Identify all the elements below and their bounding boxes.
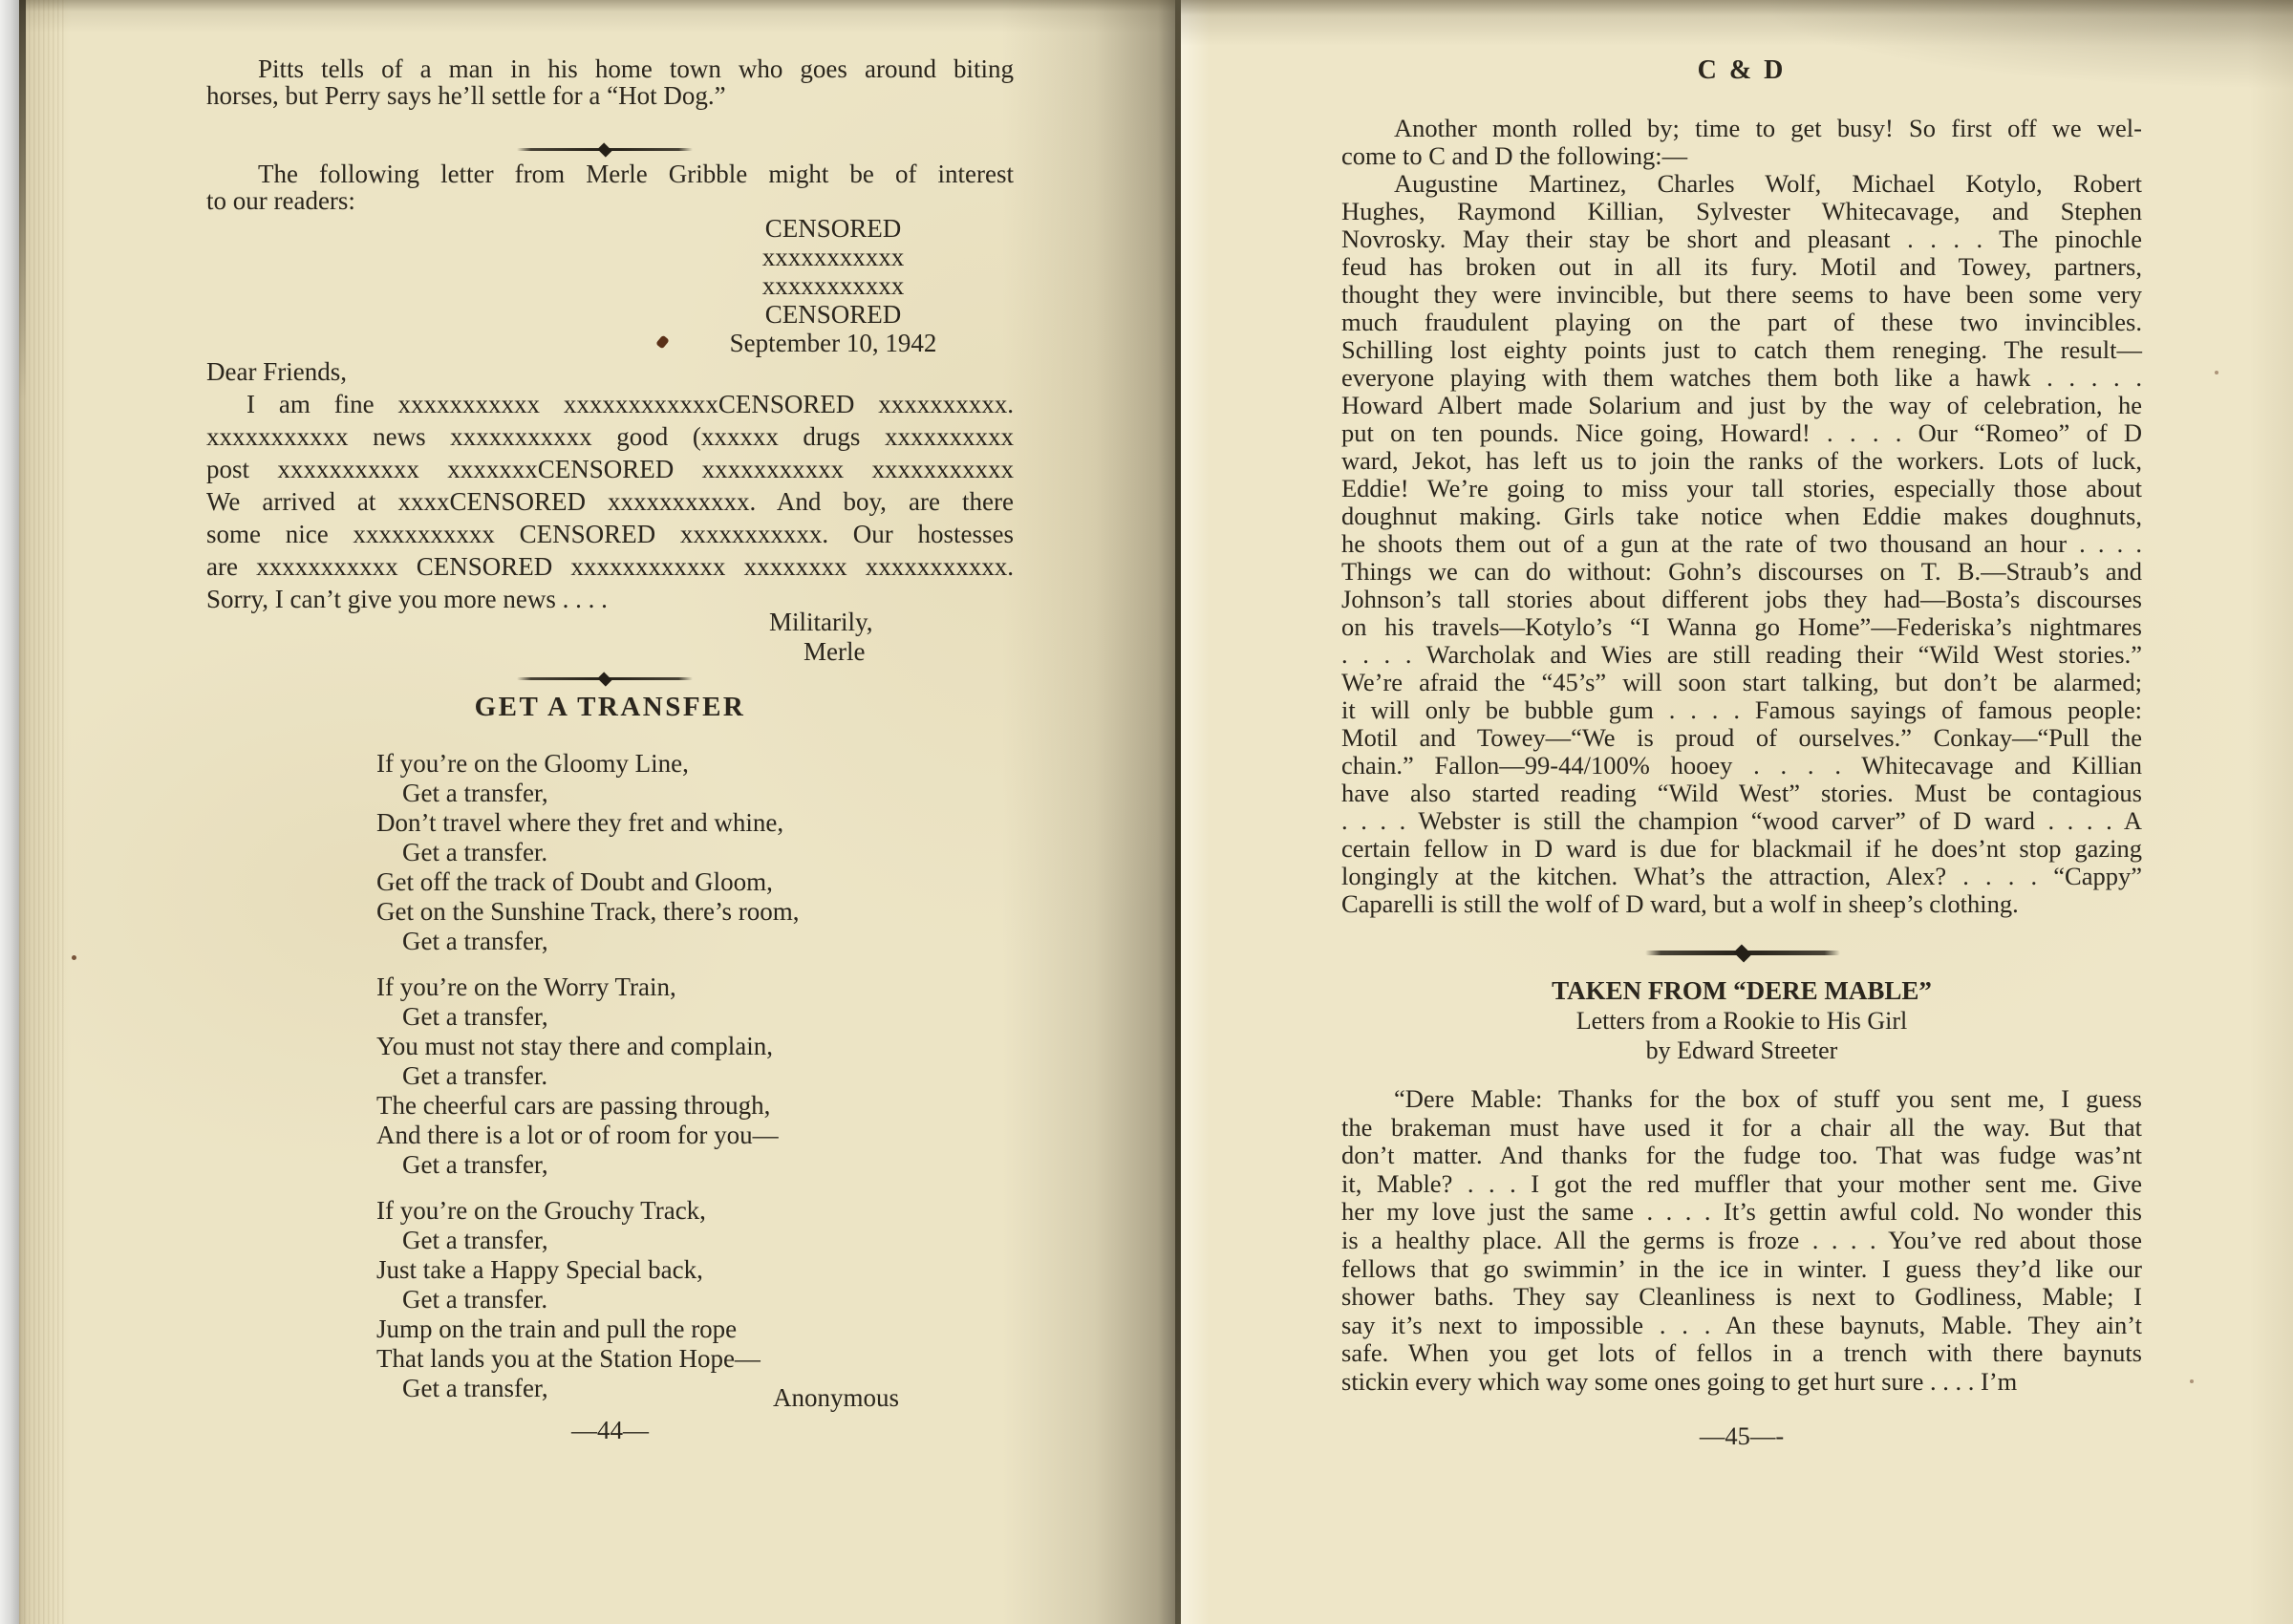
section-line: “Dere Mable: Thanks for the box of stuff… — [1341, 1085, 2142, 1114]
body-line: . . . . Webster is still the champion “w… — [1341, 807, 2142, 835]
poem-line: Get a transfer, — [376, 1226, 1026, 1255]
body-line: Johnson’s tall stories about different j… — [1341, 586, 2142, 613]
page-number-45: —45—- — [1341, 1421, 2142, 1451]
body-line: doughnut making. Girls take notice when … — [1341, 502, 2142, 530]
section-byline: by Edward Streeter — [1341, 1036, 2142, 1065]
poem-line: Get a transfer. — [376, 1061, 1026, 1091]
poem-title: GET A TRANSFER — [206, 692, 1014, 723]
body-line: Eddie! We’re going to miss your tall sto… — [1341, 475, 2142, 502]
poem-line: If you’re on the Grouchy Track, — [376, 1196, 1026, 1226]
ink-speck — [2215, 371, 2218, 374]
body-line: Augustine Martinez, Charles Wolf, Michae… — [1341, 170, 2142, 198]
section-divider — [517, 145, 693, 154]
letter-line: I am fine xxxxxxxxxxx xxxxxxxxxxxxCENSOR… — [206, 388, 1014, 420]
address-line: xxxxxxxxxxx — [594, 271, 1072, 300]
section-divider — [517, 674, 693, 683]
body-line: chain.” Fallon—99-44/100% hooey . . . . … — [1341, 752, 2142, 780]
body-line: he shoots them out of a gun at the rate … — [1341, 530, 2142, 558]
body-line: come to C and D the following:— — [1341, 142, 2142, 170]
body-line: everyone playing with them watches them … — [1341, 364, 2142, 392]
news-column-body: Another month rolled by; time to get bus… — [1341, 115, 2142, 918]
poem-line: That lands you at the Station Hope— — [376, 1344, 1026, 1374]
body-line: Novrosky. May their stay be short and pl… — [1341, 225, 2142, 253]
letter-line: Sorry, I can’t give you more news . . . … — [206, 583, 1014, 615]
poem-line: If you’re on the Worry Train, — [376, 972, 1026, 1002]
scanned-book-spread: { "palette": { "paper_left": "#ece4c5", … — [0, 0, 2293, 1624]
body-line: put on ten pounds. Nice going, Howard! .… — [1341, 419, 2142, 447]
body-line: feud has broken out in all its fury. Mot… — [1341, 253, 2142, 281]
body-line: Hughes, Raymond Killian, Sylvester White… — [1341, 198, 2142, 225]
section-line: shower baths. They say Cleanliness is ne… — [1341, 1283, 2142, 1312]
address-line: xxxxxxxxxxx — [594, 243, 1072, 271]
poem-stanza-1: If you’re on the Gloomy Line,Get a trans… — [376, 749, 1026, 956]
body-line: certain fellow in D ward is due for blac… — [1341, 835, 2142, 863]
poem-line: Get a transfer, — [376, 1150, 1026, 1180]
body-line: it will only be bubble gum . . . . Famou… — [1341, 696, 2142, 724]
body-line: thought they were invincible, but there … — [1341, 281, 2142, 309]
poem-line: The cheerful cars are passing through, — [376, 1091, 1026, 1121]
poem-line: Don’t travel where they fret and whine, — [376, 808, 1026, 838]
censored-address-block: CENSOREDxxxxxxxxxxxxxxxxxxxxxxCENSOREDSe… — [594, 214, 1072, 357]
body-line: longingly at the kitchen. What’s the att… — [1341, 863, 2142, 890]
ink-speck — [72, 955, 76, 960]
page-header-title: C & D — [1341, 55, 2142, 86]
page-left-44: Pitts tells of a man in his home town wh… — [19, 0, 1175, 1624]
body-line: Howard Albert made Solarium and just by … — [1341, 392, 2142, 419]
poem-line: Get on the Sunshine Track, there’s room, — [376, 897, 1026, 927]
signature-line: Militarily, — [769, 608, 873, 637]
poem-line: And there is a lot or of room for you— — [376, 1121, 1026, 1150]
intro-paragraph: Pitts tells of a man in his home town wh… — [206, 55, 1014, 109]
scanner-background-strip — [0, 0, 19, 1624]
poem-stanza-3: If you’re on the Grouchy Track,Get a tra… — [376, 1196, 1026, 1403]
section-line: her my love just the same . . . . It’s g… — [1341, 1198, 2142, 1227]
dere-mable-section-heading: TAKEN FROM “DERE MABLE” Letters from a R… — [1341, 976, 2142, 1065]
body-line: on his travels—Kotylo’s “I Wanna go Home… — [1341, 613, 2142, 641]
diamond-ornament — [597, 142, 611, 157]
section-line: say it’s next to impossible . . . An the… — [1341, 1312, 2142, 1340]
letter-intro-paragraph: The following letter from Merle Gribble … — [206, 160, 1014, 214]
letter-intro-line: to our readers: — [206, 187, 1014, 214]
poem-body: If you’re on the Gloomy Line,Get a trans… — [376, 749, 1026, 1420]
intro-line: horses, but Perry says he’ll settle for … — [206, 82, 1014, 109]
section-divider — [1645, 948, 1840, 958]
section-title: TAKEN FROM “DERE MABLE” — [1341, 976, 2142, 1006]
letter-signature: Militarily,Merle — [769, 608, 873, 667]
letter-body: I am fine xxxxxxxxxxx xxxxxxxxxxxxCENSOR… — [206, 388, 1014, 615]
page-right-45: C & D Another month rolled by; time to g… — [1181, 0, 2293, 1624]
poem-attribution: Anonymous — [773, 1383, 899, 1413]
poem-line: Get off the track of Doubt and Gloom, — [376, 867, 1026, 897]
address-line: CENSORED — [594, 214, 1072, 243]
section-line: it, Mable? . . . I got the red muffler t… — [1341, 1170, 2142, 1199]
section-line: is a healthy place. All the germs is fro… — [1341, 1227, 2142, 1255]
body-line: Motil and Towey—“We is proud of ourselve… — [1341, 724, 2142, 752]
poem-line: You must not stay there and complain, — [376, 1032, 1026, 1061]
body-line: Caparelli is still the wolf of D ward, b… — [1341, 890, 2142, 918]
signature-line: Merle — [769, 637, 873, 667]
body-line: We’re afraid the “45’s” will soon start … — [1341, 669, 2142, 696]
page-edge-striations — [19, 0, 67, 1624]
address-line: CENSORED — [594, 300, 1072, 329]
letter-line: We arrived at xxxxCENSORED xxxxxxxxxxx. … — [206, 485, 1014, 518]
section-line: stickin every which way some ones going … — [1341, 1368, 2142, 1397]
book-edge-shadow — [19, 0, 26, 401]
poem-line: Get a transfer, — [376, 927, 1026, 956]
section-line: the brakeman must have used it for a cha… — [1341, 1114, 2142, 1143]
diamond-ornament — [597, 672, 611, 686]
letter-line: post xxxxxxxxxxx xxxxxxxCENSORED xxxxxxx… — [206, 453, 1014, 485]
body-line: much fraudulent playing on the part of t… — [1341, 309, 2142, 336]
letter-line: some nice xxxxxxxxxxx CENSORED xxxxxxxxx… — [206, 518, 1014, 550]
section-line: safe. When you get lots of fellos in a t… — [1341, 1339, 2142, 1368]
diamond-ornament — [1733, 944, 1751, 962]
body-line: ward, Jekot, has left us to join the ran… — [1341, 447, 2142, 475]
section-line: don’t matter. And thanks for the fudge t… — [1341, 1142, 2142, 1170]
body-line: Things we can do without: Gohn’s discour… — [1341, 558, 2142, 586]
body-line: Another month rolled by; time to get bus… — [1341, 115, 2142, 142]
body-line: . . . . Warcholak and Wies are still rea… — [1341, 641, 2142, 669]
letter-line: xxxxxxxxxxx news xxxxxxxxxxx good (xxxxx… — [206, 420, 1014, 453]
poem-line: Get a transfer, — [376, 779, 1026, 808]
letter-line: are xxxxxxxxxxx CENSORED xxxxxxxxxxxx xx… — [206, 550, 1014, 583]
poem-line: Get a transfer. — [376, 1285, 1026, 1314]
poem-line: If you’re on the Gloomy Line, — [376, 749, 1026, 779]
poem-line: Jump on the train and pull the rope — [376, 1314, 1026, 1344]
poem-line: Get a transfer. — [376, 838, 1026, 867]
body-line: Schilling lost eighty points just to cat… — [1341, 336, 2142, 364]
poem-line: Just take a Happy Special back, — [376, 1255, 1026, 1285]
poem-stanza-2: If you’re on the Worry Train,Get a trans… — [376, 972, 1026, 1180]
page-number-44: —44— — [206, 1416, 1014, 1445]
letter-salutation: Dear Friends, — [206, 357, 347, 387]
section-line: fellows that go swimmin’ in the ice in w… — [1341, 1255, 2142, 1284]
dere-mable-body: “Dere Mable: Thanks for the box of stuff… — [1341, 1085, 2142, 1397]
ink-speck — [2190, 1379, 2194, 1383]
poem-line: Get a transfer, — [376, 1002, 1026, 1032]
letter-intro-line: The following letter from Merle Gribble … — [206, 160, 1014, 187]
poem-line: Get a transfer, — [376, 1374, 1026, 1403]
book-scan: Pitts tells of a man in his home town wh… — [0, 0, 2293, 1624]
section-subtitle: Letters from a Rookie to His Girl — [1341, 1006, 2142, 1036]
body-line: have also started reading “Wild West” st… — [1341, 780, 2142, 807]
intro-line: Pitts tells of a man in his home town wh… — [206, 55, 1014, 82]
